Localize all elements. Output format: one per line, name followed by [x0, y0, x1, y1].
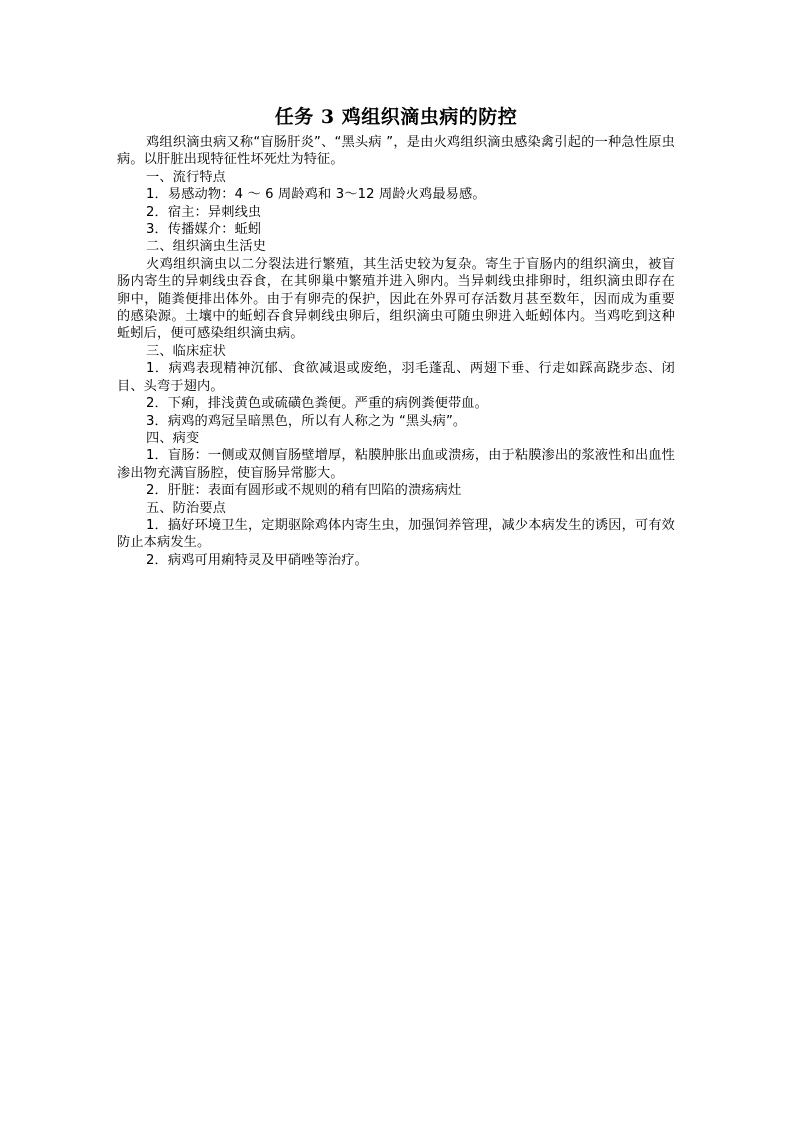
- list-item: 1．易感动物：4 ～ 6 周龄鸡和 3～12 周龄火鸡最易感。: [117, 186, 675, 203]
- list-item: 1．搞好环境卫生，定期驱除鸡体内寄生虫，加强饲养管理，减少本病发生的诱因，可有效…: [117, 517, 675, 552]
- section-heading-prevention: 五、防治要点: [117, 500, 675, 517]
- section-heading-life-cycle: 二、组织滴虫生活史: [117, 238, 675, 255]
- list-item: 3．传播媒介：蚯蚓: [117, 221, 675, 238]
- list-item: 1．病鸡表现精神沉郁、食欲减退或废绝，羽毛蓬乱、两翅下垂、行走如踩高跷步态、闭目…: [117, 360, 675, 395]
- section-heading-clinical-signs: 三、临床症状: [117, 343, 675, 360]
- list-item: 2．肝脏：表面有圆形或不规则的稍有凹陷的溃疡病灶: [117, 482, 675, 499]
- section-heading-lesions: 四、病变: [117, 430, 675, 447]
- document-title: 任务 3 鸡组织滴虫病的防控: [117, 104, 675, 130]
- list-item: 2．下痢，排浅黄色或硫磺色粪便。严重的病例粪便带血。: [117, 395, 675, 412]
- list-item: 2．宿主：异刺线虫: [117, 204, 675, 221]
- document-page: 任务 3 鸡组织滴虫病的防控 鸡组织滴虫病又称“盲肠肝炎”、“黑头病 ”，是由火…: [117, 104, 675, 569]
- section-heading-epidemiology: 一、流行特点: [117, 169, 675, 186]
- life-cycle-paragraph: 火鸡组织滴虫以二分裂法进行繁殖，其生活史较为复杂。寄生于盲肠内的组织滴虫，被盲肠…: [117, 256, 675, 343]
- list-item: 3．病鸡的鸡冠呈暗黑色，所以有人称之为 “黑头病”。: [117, 413, 675, 430]
- list-item: 1．盲肠：一侧或双侧盲肠壁增厚，粘膜肿胀出血或溃疡，由于粘膜渗出的浆液性和出血性…: [117, 447, 675, 482]
- list-item: 2．病鸡可用痢特灵及甲硝唑等治疗。: [117, 552, 675, 569]
- intro-paragraph: 鸡组织滴虫病又称“盲肠肝炎”、“黑头病 ”，是由火鸡组织滴虫感染禽引起的一种急性…: [117, 134, 675, 169]
